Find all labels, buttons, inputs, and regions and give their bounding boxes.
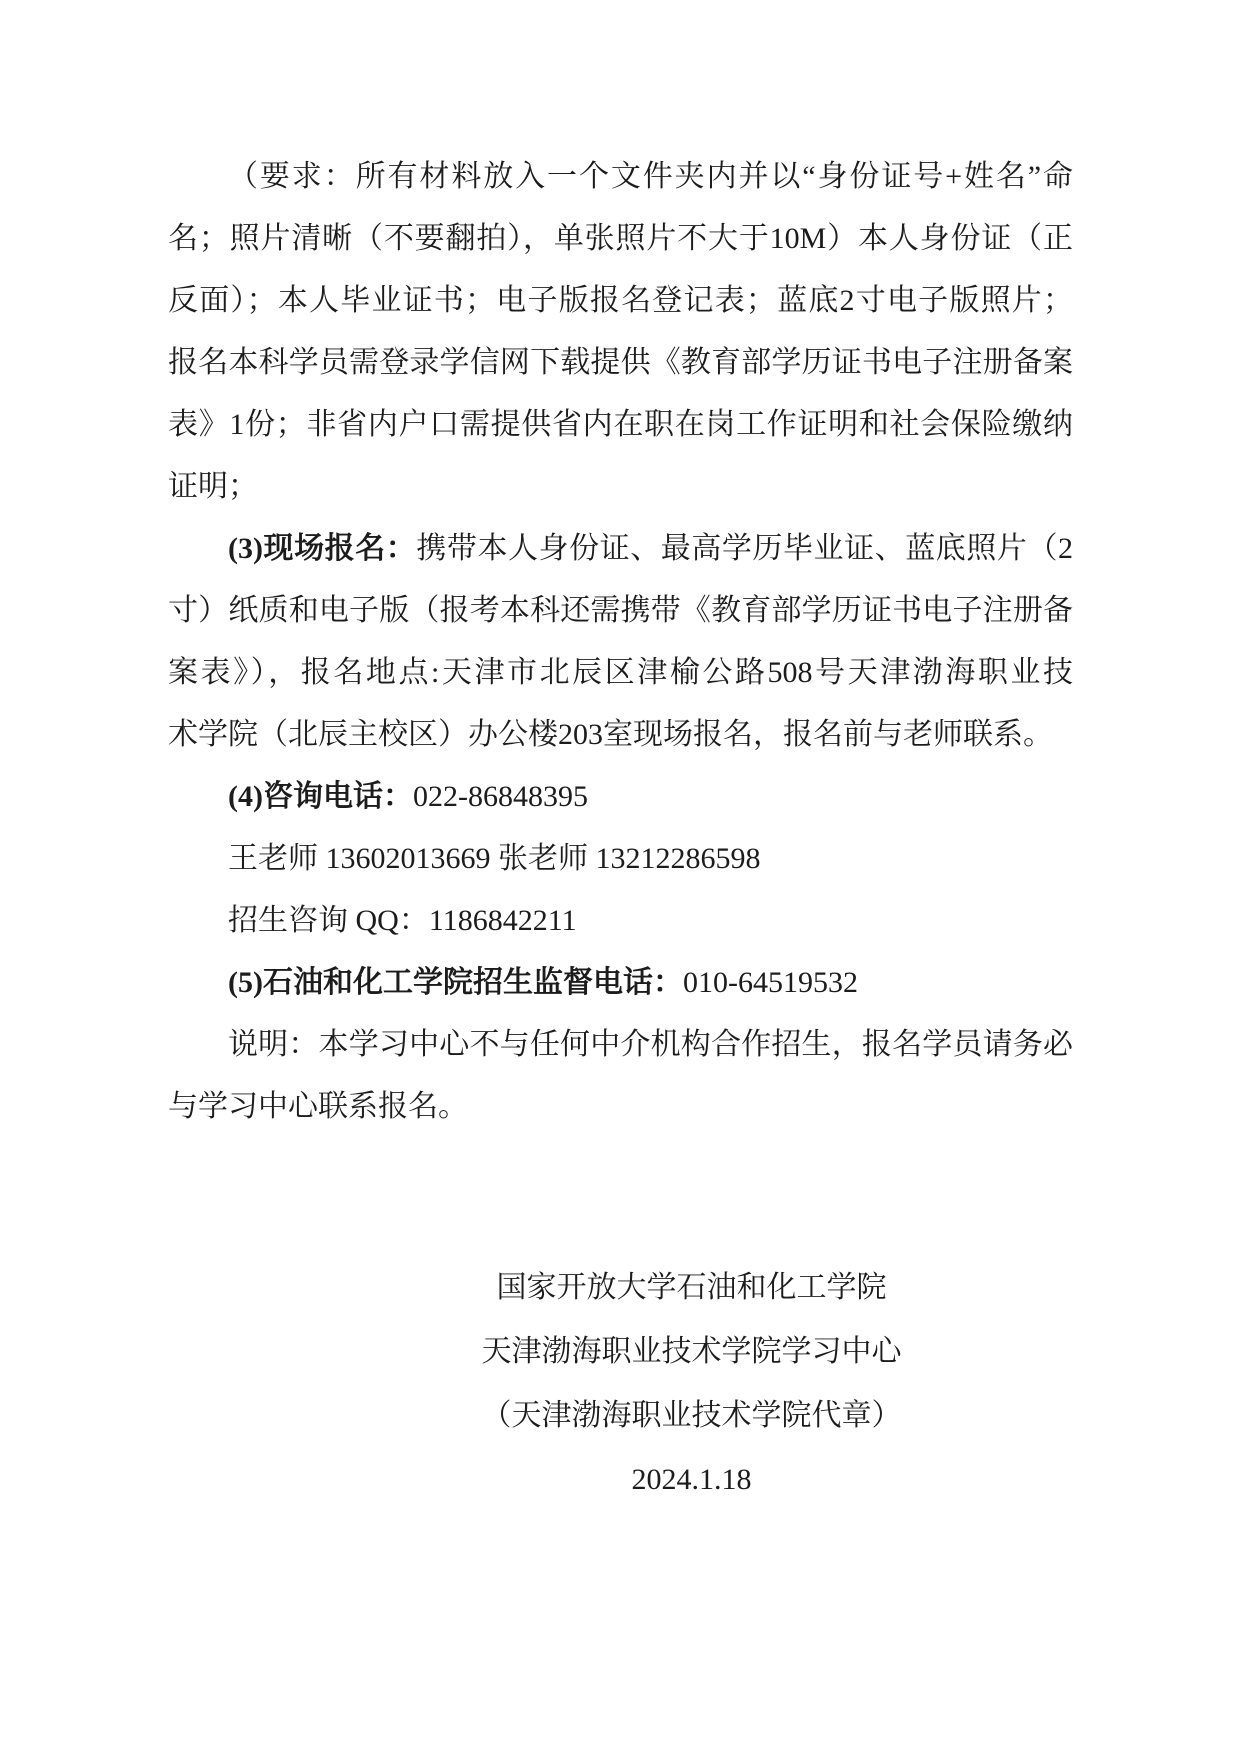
text-line: 案表》），报名地点:天津市北辰区津榆公路508号天津渤海职业技 [168,642,1073,704]
line-text: 报名本科学员需登录学信网下载提供《教育部学历证书电子注册备案 [168,346,1073,379]
line-text: 022-86848395 [413,780,588,813]
line-text: 反面）；本人毕业证书；电子版报名登记表；蓝底2寸电子版照片； [168,284,1073,317]
text-line: 证明； [168,456,1073,518]
text-line: 寸）纸质和电子版（报考本科还需携带《教育部学历证书电子注册备 [168,580,1073,642]
line-text: 010-64519532 [683,966,858,999]
signature-date: 2024.1.18 [310,1448,1073,1512]
line-text: （要求：所有材料放入一个文件夹内并以“身份证号+姓名”命 [228,160,1073,193]
text-line: 与学习中心联系报名。 [168,1076,1073,1138]
signature-center-line: 天津渤海职业技术学院学习中心 [310,1320,1073,1384]
text-line: （要求：所有材料放入一个文件夹内并以“身份证号+姓名”命 [168,146,1073,208]
text-line: 报名本科学员需登录学信网下载提供《教育部学历证书电子注册备案 [168,332,1073,394]
text-line: 招生咨询 QQ：1186842211 [168,890,1073,952]
bold-label: (5)石油和化工学院招生监督电话： [228,966,683,999]
signature-seal-line: （天津渤海职业技术学院代章） [310,1384,1073,1448]
text-line: 王老师 13602013669 张老师 13212286598 [168,828,1073,890]
bold-label: (3)现场报名： [228,532,416,565]
line-text: 证明； [168,470,258,503]
line-text: 名；照片清晰（不要翻拍），单张照片不大于10M）本人身份证（正 [168,222,1073,255]
text-line: (4)咨询电话：022-86848395 [168,766,1073,828]
line-text: 与学习中心联系报名。 [168,1090,468,1123]
signature-org-line: 国家开放大学石油和化工学院 [310,1256,1073,1320]
document-page: （要求：所有材料放入一个文件夹内并以“身份证号+姓名”命名；照片清晰（不要翻拍）… [0,0,1241,1753]
line-text: 携带本人身份证、最高学历毕业证、蓝底照片（2 [416,532,1073,565]
text-line: 说明：本学习中心不与任何中介机构合作招生，报名学员请务必 [168,1014,1073,1076]
signature-block: 国家开放大学石油和化工学院天津渤海职业技术学院学习中心（天津渤海职业技术学院代章… [168,1256,1073,1512]
line-text: 术学院（北辰主校区）办公楼203室现场报名，报名前与老师联系。 [168,718,1053,751]
bold-label: (4)咨询电话： [228,780,413,813]
text-line: 名；照片清晰（不要翻拍），单张照片不大于10M）本人身份证（正 [168,208,1073,270]
line-text: 寸）纸质和电子版（报考本科还需携带《教育部学历证书电子注册备 [168,594,1073,627]
text-line: (3)现场报名：携带本人身份证、最高学历毕业证、蓝底照片（2 [168,518,1073,580]
line-text: 王老师 13602013669 张老师 13212286598 [228,842,761,875]
line-text: 表》1份；非省内户口需提供省内在职在岗工作证明和社会保险缴纳 [168,408,1073,441]
text-line: 反面）；本人毕业证书；电子版报名登记表；蓝底2寸电子版照片； [168,270,1073,332]
text-line: 表》1份；非省内户口需提供省内在职在岗工作证明和社会保险缴纳 [168,394,1073,456]
document-body: （要求：所有材料放入一个文件夹内并以“身份证号+姓名”命名；照片清晰（不要翻拍）… [168,146,1073,1138]
line-text: 案表》），报名地点:天津市北辰区津榆公路508号天津渤海职业技 [168,656,1073,689]
text-line: 术学院（北辰主校区）办公楼203室现场报名，报名前与老师联系。 [168,704,1073,766]
text-line: (5)石油和化工学院招生监督电话：010-64519532 [168,952,1073,1014]
line-text: 招生咨询 QQ：1186842211 [228,904,577,937]
line-text: 说明：本学习中心不与任何中介机构合作招生，报名学员请务必 [228,1028,1073,1061]
